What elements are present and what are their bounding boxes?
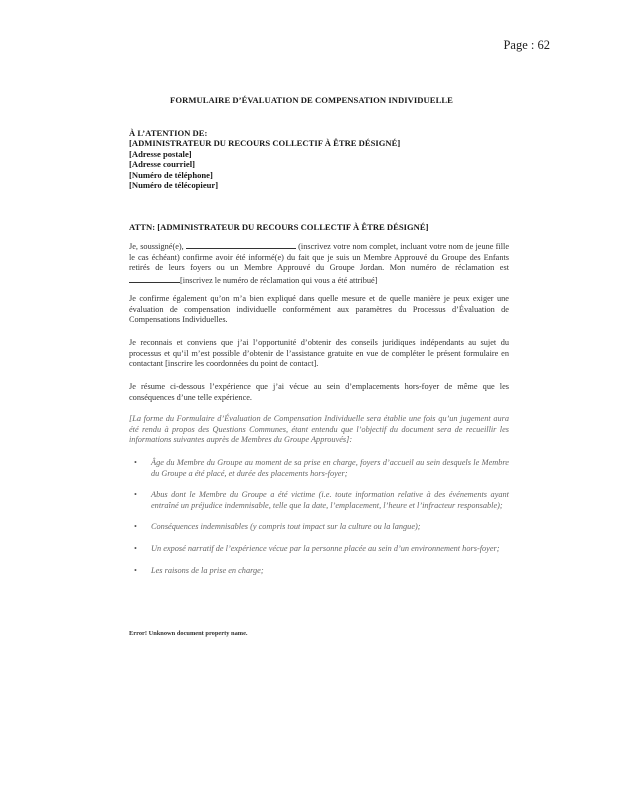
bullet-icon: • <box>134 458 137 469</box>
address-phone: [Numéro de téléphone] <box>129 170 509 180</box>
list-item-text: Les raisons de la prise en charge; <box>151 566 264 575</box>
address-email: [Adresse courriel] <box>129 159 509 169</box>
paragraph-declaration: Je, soussigné(e), (inscrivez votre nom c… <box>129 240 509 286</box>
italic-form-note: [La forme du Formulaire d’Évaluation de … <box>129 414 509 446</box>
address-fax: [Numéro de télécopieur] <box>129 180 509 190</box>
bullet-icon: • <box>134 522 137 533</box>
attn-line: ATTN: [ADMINISTRATEUR DU RECOURS COLLECT… <box>129 222 509 233</box>
bullet-icon: • <box>134 544 137 555</box>
declaration-text-3: [inscrivez le numéro de réclamation qui … <box>180 276 377 285</box>
page-number: Page : 62 <box>503 38 550 53</box>
list-item: •Conséquences indemnisables (y compris t… <box>129 522 509 533</box>
list-item-text: Âge du Membre du Groupe au moment de sa … <box>151 458 509 478</box>
claim-number-blank-field[interactable] <box>129 274 180 283</box>
bullet-icon: • <box>134 490 137 501</box>
list-item: •Les raisons de la prise en charge; <box>129 566 509 577</box>
list-item: •Un exposé narratif de l’expérience vécu… <box>129 544 509 555</box>
address-heading: À L’ATENTION DE: <box>129 128 509 138</box>
address-administrator: [ADMINISTRATEUR DU RECOURS COLLECTIF À Ê… <box>129 138 509 148</box>
list-item-text: Un exposé narratif de l’expérience vécue… <box>151 544 500 553</box>
document-title: FORMULAIRE D’ÉVALUATION DE COMPENSATION … <box>0 95 623 105</box>
information-bullet-list: •Âge du Membre du Groupe au moment de sa… <box>129 458 509 587</box>
paragraph-confirmation: Je confirme également qu’on m’a bien exp… <box>129 294 509 326</box>
list-item-text: Conséquences indemnisables (y compris to… <box>151 522 421 531</box>
footer-error-text: Error! Unknown document property name. <box>129 630 248 637</box>
bullet-icon: • <box>134 566 137 577</box>
list-item-text: Abus dont le Membre du Groupe a été vict… <box>151 490 509 510</box>
address-postal: [Adresse postale] <box>129 149 509 159</box>
list-item: •Âge du Membre du Groupe au moment de sa… <box>129 458 509 479</box>
list-item: •Abus dont le Membre du Groupe a été vic… <box>129 490 509 511</box>
paragraph-summary-intro: Je résume ci-dessous l’expérience que j’… <box>129 382 509 403</box>
address-block: À L’ATENTION DE: [ADMINISTRATEUR DU RECO… <box>129 128 509 190</box>
paragraph-legal-advice: Je reconnais et conviens que j’ai l’oppo… <box>129 338 509 370</box>
declaration-text-1: Je, soussigné(e), <box>129 242 186 251</box>
name-blank-field[interactable] <box>186 240 296 249</box>
